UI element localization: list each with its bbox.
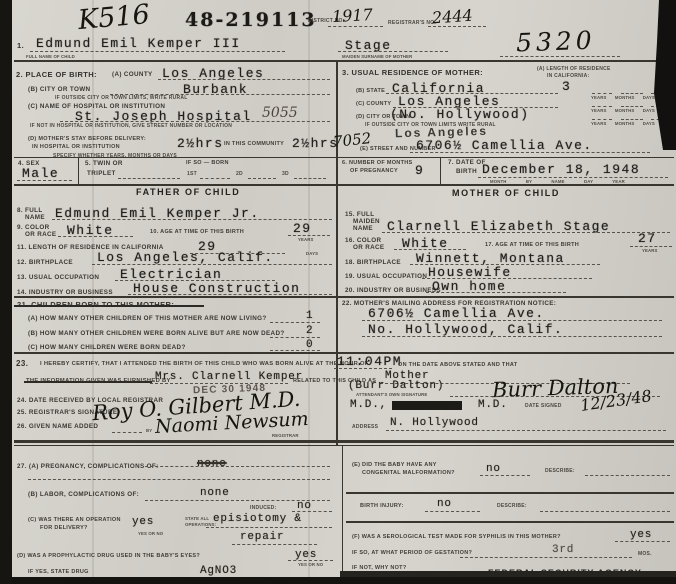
birth-injury-label: Birth Injury:: [360, 503, 404, 509]
rule: [270, 337, 320, 338]
stay-caption: Specify whether years, months or days: [53, 153, 177, 159]
line1-number: 1.: [17, 41, 24, 50]
operation-label-1: (C) Was There an Operation: [28, 517, 121, 523]
rule: [426, 292, 566, 293]
field-attendant-address: N. Hollywood: [390, 417, 479, 429]
twin-label-2: Triplet: [87, 170, 116, 177]
pregnancy-complications-label: 27. (A) Pregnancy, Complications of:: [17, 463, 159, 470]
rule: [158, 79, 330, 80]
rule: [460, 557, 632, 558]
bottom-column-divider: [342, 446, 343, 577]
rule: [292, 511, 332, 512]
children-stillborn-label: (C) How many children were born dead?: [28, 344, 186, 351]
rule: [410, 152, 650, 153]
mother-race-label-1: 16. Color: [345, 237, 381, 244]
rule: [346, 521, 674, 523]
rule: [382, 232, 670, 233]
describe-label-2: Describe:: [497, 503, 527, 509]
father-industry-label: 14. Industry or Business: [17, 289, 113, 296]
pob-hospital-caption: If not in hospital or institution, give …: [30, 123, 232, 129]
date-label-2: Birth: [456, 168, 477, 175]
field-sex: Male: [22, 166, 59, 181]
mother-age-caption: Years: [642, 248, 658, 253]
rule: [630, 246, 672, 247]
rule: [294, 178, 326, 179]
rule: [288, 560, 333, 561]
birth-certificate-scan: K516 48-219113 District No. 1917 Registr…: [0, 0, 676, 584]
field-stay-community: 2½hrs: [292, 136, 339, 151]
pob-city-label: (B) City or Town: [28, 86, 90, 93]
rule: [145, 466, 330, 467]
field-mailing-1: 6706½ Camellia Ave.: [368, 306, 545, 321]
pob-title: 2. Place of Birth:: [16, 70, 97, 79]
code-5320-handwritten: 5320: [516, 26, 597, 58]
certificate-number-stamp: 48-219113: [185, 9, 317, 31]
film-edge-bottom: [0, 577, 676, 584]
born-1st-label: 1st: [187, 171, 197, 177]
film-edge-left: [0, 0, 12, 584]
father-section-header: FATHER OF CHILD: [136, 187, 240, 197]
mother-name-label-3: Name: [353, 225, 373, 232]
field-pregnancy-complications: none: [197, 458, 227, 470]
rule: [386, 430, 666, 431]
rule: [621, 106, 643, 107]
rule: [128, 294, 332, 295]
field-operation: yes: [132, 516, 154, 528]
mother-race-label-2: or Race: [353, 244, 385, 251]
father-name-label-2: Name: [25, 214, 45, 221]
ymd-columns-d: Years Months Days: [591, 121, 655, 126]
prophylactic-yes-no-caption: Yes or No: [298, 562, 323, 567]
rule: [200, 178, 230, 179]
rule: [60, 121, 330, 122]
field-birth-hour: 11:04PM: [337, 354, 402, 369]
cell-divider: [440, 157, 441, 184]
field-years-in-california: 3: [562, 79, 571, 94]
labor-complications-label: (B) Labor, Complications of:: [28, 491, 139, 498]
born-2d-label: 2d: [236, 171, 243, 177]
rule: [362, 320, 662, 321]
field-serology: yes: [630, 529, 652, 541]
pob-county-label: (A) County: [112, 71, 153, 78]
rule: [270, 322, 320, 323]
rule: [621, 119, 643, 120]
father-birthplace-label: 12. Birthplace: [17, 259, 73, 266]
cert-number: 23.: [16, 359, 28, 368]
field-mother-age: 27: [638, 231, 657, 246]
md-label-2: M.D.: [478, 399, 508, 411]
field-birth-injury: no: [437, 498, 452, 510]
rule: [14, 60, 674, 62]
rule: [615, 541, 670, 542]
rule: [592, 119, 612, 120]
mother-age-label: 17. Age at Time of This Birth: [485, 242, 579, 248]
attendant-signature-caption: Attendant's Own Signature: [356, 392, 427, 397]
mos-caption: Mos.: [638, 551, 652, 557]
rule: [30, 51, 285, 52]
rule: [362, 336, 662, 337]
field-months-pregnancy: 9: [415, 163, 424, 178]
maiden-surname-caption: Maiden Surname of Mother: [342, 54, 412, 59]
file-code-handwritten: K516: [77, 0, 151, 36]
field-father-age: 29: [293, 221, 312, 236]
field-labor-complications: none: [200, 487, 230, 499]
attendant-typed-name: (Burr Dalton): [348, 380, 444, 392]
state-operations-label-1: State All: [185, 516, 209, 521]
residence-length-label-1: (A) Length of Residence: [537, 66, 611, 72]
field-father-birthplace: Los Angeles, Calif.: [97, 250, 274, 265]
rule: [425, 511, 480, 512]
rule: [118, 178, 180, 179]
cell-divider: [78, 157, 79, 184]
born-label: If So — Born: [186, 160, 229, 166]
rule: [480, 475, 530, 476]
mother-name-label-2: Maiden: [353, 218, 380, 225]
operation-label-2: for Delivery?: [40, 525, 88, 531]
rule: [206, 527, 332, 528]
malformation-label-2: Congenital Malformation?: [362, 470, 455, 476]
gestation-label: If So, at What Period of Gestation?: [352, 550, 472, 556]
father-age-caption: Years: [298, 237, 314, 242]
rule: [14, 296, 674, 298]
rule: [585, 475, 670, 476]
date-signed-label: Date Signed: [525, 403, 562, 409]
field-children-stillborn: 0: [306, 339, 313, 351]
ink-strike: [14, 305, 204, 307]
rule: [328, 26, 383, 27]
ymd-columns-b: Years Months Days: [591, 95, 655, 100]
field-res-city: (No. Hollywood): [390, 107, 530, 122]
rule: [592, 106, 612, 107]
hospital-number-handwritten: 5055: [262, 105, 298, 121]
field-mailing-2: No. Hollywood, Calif.: [368, 322, 563, 337]
registrar-caption: Registrar: [272, 433, 299, 438]
rule: [540, 511, 670, 512]
field-stay-hospital: 2½hrs: [177, 136, 224, 151]
residence-title: 3. Usual Residence of Mother:: [342, 68, 483, 77]
cert-text-1: I Hereby Certify, That I attended the bi…: [40, 361, 369, 367]
rule: [14, 157, 674, 158]
field-children-living: 1: [306, 310, 313, 322]
rule: [288, 235, 330, 236]
rule: [592, 93, 612, 94]
cert-text-2: on the date above stated and that: [398, 362, 517, 368]
rule: [52, 219, 332, 220]
community-label: In This Community: [224, 141, 284, 147]
serology-label: (F) Was a Serological Test Made for Syph…: [352, 534, 561, 540]
rule: [478, 177, 668, 178]
pob-city-caption: If outside city or town limits, write ru…: [55, 95, 188, 101]
rule: [500, 56, 620, 57]
registrar-no-value: 2444: [431, 6, 473, 28]
father-residence-caption: Days: [306, 251, 318, 256]
months-label-1: 6. Number of Months: [342, 160, 412, 166]
rule: [428, 26, 486, 27]
field-operations-1: episiotomy &: [213, 513, 302, 525]
rule: [346, 492, 674, 494]
rule: [58, 236, 133, 237]
rule: [14, 184, 674, 186]
column-divider: [336, 60, 338, 446]
district-no-value: 1917: [332, 5, 374, 26]
born-3d-label: 3d: [282, 171, 289, 177]
father-occupation-label: 13. Usual Occupation: [17, 274, 99, 281]
father-race-label-2: or Race: [25, 231, 57, 238]
ink-strike: [24, 381, 152, 383]
father-race-label-1: 9. Color: [17, 224, 50, 231]
malformation-label-1: (E) Did the Baby Have Any: [352, 462, 437, 468]
rule: [232, 544, 317, 545]
rule: [621, 93, 643, 94]
field-operations-2: repair: [240, 531, 284, 543]
stay-label-2: In Hospital or Institution: [32, 144, 120, 150]
address-label: Address: [352, 424, 378, 430]
redacted-text: [392, 401, 462, 410]
stay-label-1: (D) Mother's Stay Before Delivery:: [28, 136, 146, 142]
children-living-label: (A) How many other children of this moth…: [28, 315, 267, 322]
md-label-1: M.D.,: [350, 399, 387, 411]
rule: [248, 178, 276, 179]
induced-label: Induced:: [250, 505, 276, 511]
ymd-columns-c: Years Months Days: [591, 108, 655, 113]
mother-name-label-1: 15. Full: [345, 211, 374, 218]
twin-label-1: 5. Twin or: [85, 160, 123, 167]
describe-label-1: Describe:: [545, 468, 575, 474]
children-dead-label: (B) How many other children were born al…: [28, 330, 285, 337]
rule: [28, 479, 330, 480]
mother-birthplace-label: 18. Birthplace: [345, 259, 401, 266]
heavy-rule: [14, 440, 674, 443]
rule: [17, 180, 72, 181]
months-label-2: of Pregnancy: [350, 168, 398, 174]
rule: [338, 51, 448, 52]
father-age-label: 10. Age at Time of This Birth: [150, 229, 244, 235]
date-label-1: 7. Date of: [448, 159, 486, 166]
field-children-dead: 2: [306, 325, 313, 337]
field-drug: AgNO3: [200, 565, 237, 577]
by-label: By: [146, 428, 152, 433]
field-birth-date: December 18, 1948: [482, 162, 640, 177]
field-informant: Mrs. Clarnell Kemper: [155, 371, 303, 383]
rule: [14, 445, 674, 446]
res-county-label: (C) County: [356, 101, 391, 107]
father-name-label-1: 8. Full: [17, 207, 43, 214]
rule: [394, 249, 466, 250]
rule: [334, 368, 392, 369]
field-gestation: 3rd: [552, 544, 574, 556]
state-drug-label: If Yes, State Drug: [28, 569, 89, 575]
operation-yes-no-caption: Yes or No: [138, 531, 163, 536]
child-name-caption: Full Name of Child: [26, 54, 75, 59]
paper-crease: [308, 0, 310, 584]
field-street: 6706½ Camellia Ave.: [416, 138, 593, 153]
mother-section-header: MOTHER OF CHILD: [452, 188, 560, 198]
res-state-label: (B) State: [356, 88, 385, 94]
rule: [92, 264, 332, 265]
given-name-added-label: 26. Given Name Added: [17, 423, 98, 430]
mother-occupation-label: 19. Usual Occupation: [345, 273, 427, 280]
field-child-name: Edmund Emil Kemper III: [36, 36, 241, 51]
field-malformation: no: [486, 463, 501, 475]
prophylactic-drug-label: (D) Was a Prophylactic Drug Used in the …: [17, 553, 200, 559]
rule: [112, 432, 142, 433]
